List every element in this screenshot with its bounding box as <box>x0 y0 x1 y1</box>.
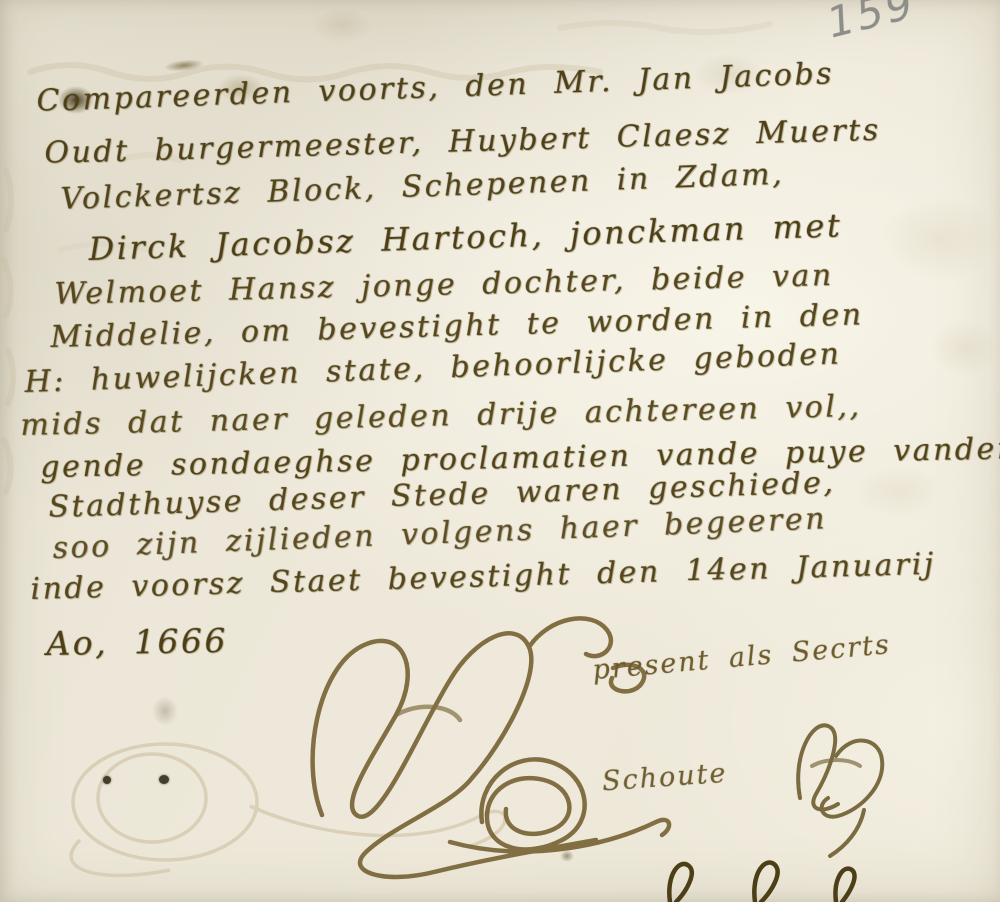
cutoff-next-line-ascenders <box>640 854 920 902</box>
manuscript-page: 159 Compareerden voorts, den Mr. Jan Jac… <box>0 0 1000 902</box>
notary-paraph-flourish <box>300 610 680 880</box>
signature-flourish <box>768 714 918 864</box>
manuscript-line-year: Ao, 1666 <box>46 621 228 663</box>
ink-dot <box>103 776 111 784</box>
ink-dot <box>159 775 169 784</box>
